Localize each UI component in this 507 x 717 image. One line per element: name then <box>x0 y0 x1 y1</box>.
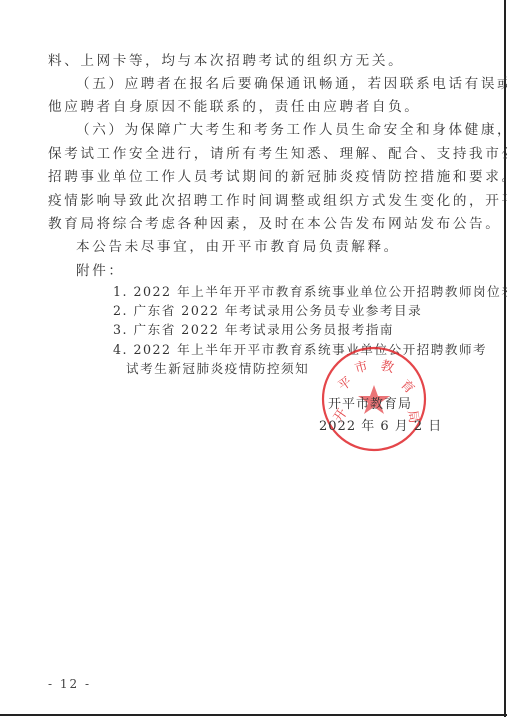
attachment-item-continuation: 试考生新冠肺炎疫情防控须知 <box>126 360 309 378</box>
attachment-item: 2. 广东省 2022 年考试录用公务员专业参考目录 <box>113 302 422 320</box>
svg-text:育: 育 <box>397 377 418 398</box>
paragraph-line: 招聘事业单位工作人员考试期间的新冠肺炎疫情防控措施和要求。因 <box>48 168 507 186</box>
attachment-item: 3. 广东省 2022 年考试录用公务员报考指南 <box>113 321 394 339</box>
paragraph-line: （六）为保障广大考生和考务工作人员生命安全和身体健康，确 <box>76 121 507 139</box>
paragraph-line: 料、上网卡等，均与本次招聘考试的组织方无关。 <box>48 52 404 70</box>
paragraph-line: 本公告未尽事宜，由开平市教育局负责解释。 <box>76 238 400 256</box>
attachment-item: 4. 2022 年上半年开平市教育系统事业单位公开招聘教师考 <box>113 341 487 359</box>
svg-text:平: 平 <box>336 375 355 395</box>
svg-text:市: 市 <box>353 359 369 377</box>
page-number: - 12 - <box>48 677 91 691</box>
attachment-item: 1. 2022 年上半年开平市教育系统事业单位公开招聘教师岗位表 <box>113 283 507 301</box>
paragraph-line: 教育局将综合考虑各种因素，及时在本公告发布网站发布公告。 <box>48 215 501 233</box>
page-border-right <box>504 0 506 717</box>
attachments-label: 附件： <box>76 262 125 280</box>
signature-organization: 开平市教育局 <box>328 396 412 414</box>
svg-text:教: 教 <box>379 357 396 376</box>
paragraph-line: 保考试工作安全进行，请所有考生知悉、理解、配合、支持我市公开 <box>48 145 507 163</box>
paragraph-line: 疫情影响导致此次招聘工作时间调整或组织方式发生变化的，开平市 <box>48 192 507 210</box>
signature-date: 2022 年 6 月 2 日 <box>319 418 442 436</box>
paragraph-line: 他应聘者自身原因不能联系的，责任由应聘者自负。 <box>48 98 420 116</box>
paragraph-line: （五）应聘者在报名后要确保通讯畅通，若因联系电话有误或其 <box>76 75 507 93</box>
page-border-bottom <box>0 714 507 716</box>
